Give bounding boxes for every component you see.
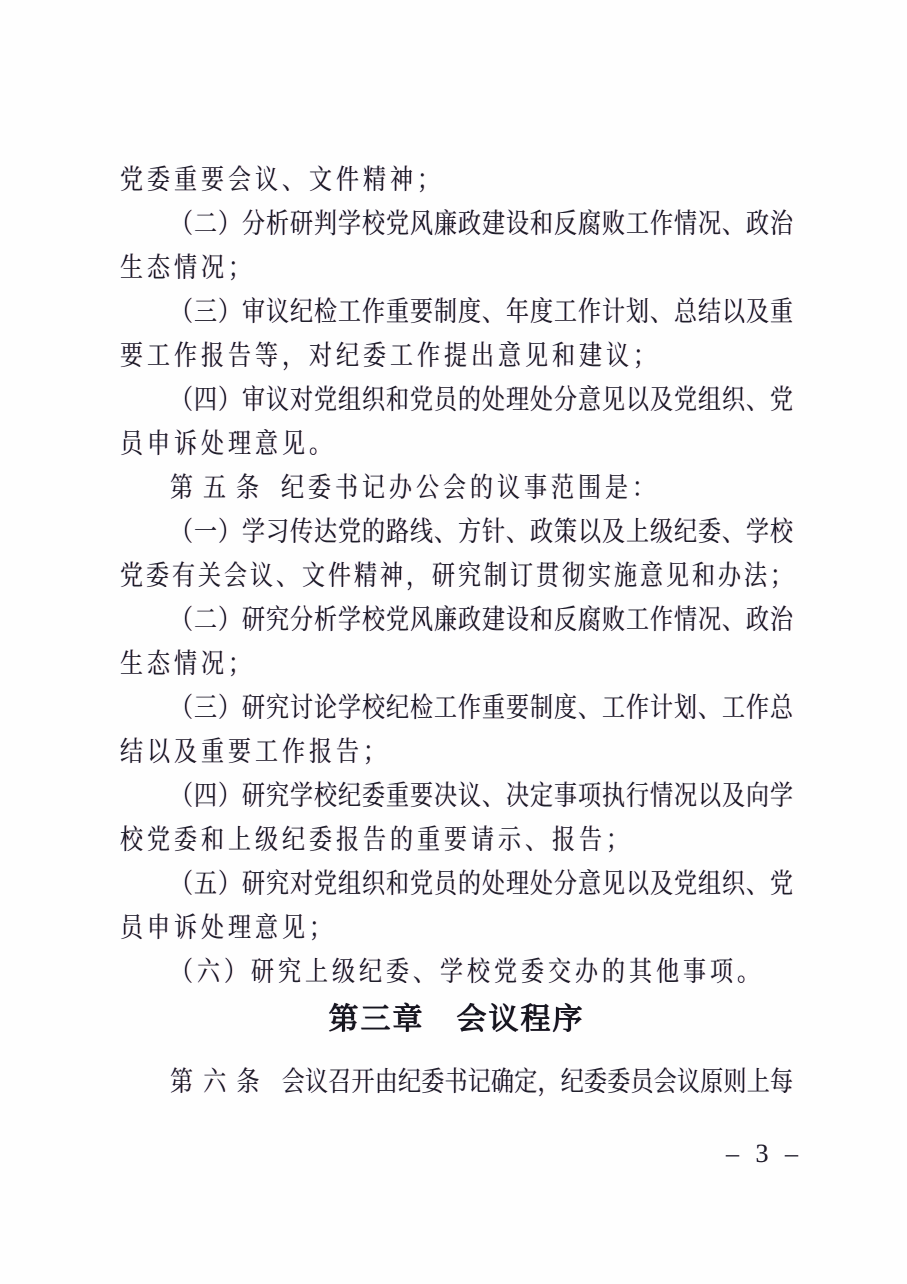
body-text-line: （六）研究上级纪委、学校党委交办的其他事项。 bbox=[120, 946, 793, 998]
document-page: 党委重要会议、文件精神； （二）分析研判学校党风廉政建设和反腐败工作情况、政治 … bbox=[0, 0, 907, 1284]
article-text: 纪委书记办公会的议事范围是： bbox=[281, 473, 659, 503]
page-number: – 3 – bbox=[726, 1139, 803, 1169]
chapter-heading: 第三章 会议程序 bbox=[120, 994, 793, 1046]
article-text: 会议召开由纪委书记确定，纪委委员会议原则上每 bbox=[282, 1067, 793, 1097]
document-body: 党委重要会议、文件精神； （二）分析研判学校党风廉政建设和反腐败工作情况、政治 … bbox=[120, 158, 793, 1104]
article-number: 第五条 bbox=[170, 473, 269, 503]
article-6-line: 第六条会议召开由纪委书记确定，纪委委员会议原则上每 bbox=[120, 1056, 793, 1108]
article-number: 第六条 bbox=[170, 1067, 270, 1097]
